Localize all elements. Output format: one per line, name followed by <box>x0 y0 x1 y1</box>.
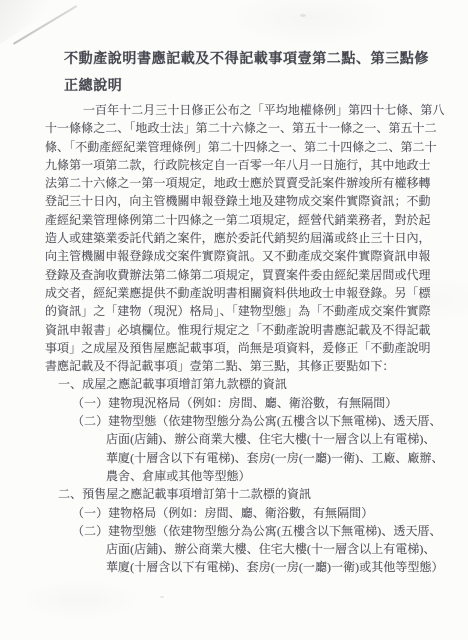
list-subitem-line: （一）建物現況格局（例如：房間、廳、衛浴數，有無隔間） <box>45 394 438 412</box>
paragraph-line: 一百年十二月三十日修正公布之「平均地權條例」第四十七條、第八 <box>45 101 438 119</box>
document-title-line: 不動產說明書應記載及不得記載事項壹第二點、第三點修 <box>64 46 438 73</box>
document-body: 一百年十二月三十日修正公布之「平均地權條例」第四十七條、第八 十一條條之二、「地… <box>45 101 438 577</box>
list-subitem-line: 華廈(十層含以下有電梯)、套房(一房(一廳)一衛)、工廠、廠辦、 <box>45 449 438 467</box>
document-title-line: 正總說明 <box>64 73 438 100</box>
list-subitem-line: （二）建物型態（依建物型態分為公寓(五樓含以下無電梯)、透天厝、 <box>45 412 438 430</box>
paragraph-line: 成交者，經紀業應提供不動產說明書相關資料供地政士申報登錄。另「標 <box>45 284 438 302</box>
paragraph-line: 向主管機關申報登錄成交案件實際資訊。又不動產成交案件實際資訊申報 <box>45 247 438 265</box>
list-subitem-line: （一）建物格局（例如：房間、廳、衛浴數，有無隔間） <box>45 504 438 522</box>
paragraph-line: 的資訊」之「建物（現況）格局」、「建物型態」為「不動產成交案件實際 <box>45 302 438 320</box>
paragraph-line: 書應記載及不得記載事項」壹第二點、第三點，其修正要點如下： <box>45 357 438 375</box>
paragraph-line: 登錄及查詢收費辦法第二條第二項規定，買賣案件委由經紀業居間或代理 <box>45 266 438 284</box>
paragraph-line: 法第二十六條之一第一項規定，地政士應於買賣受託案件辦竣所有權移轉 <box>45 174 438 192</box>
scan-speck <box>420 296 423 299</box>
paragraph-line: 九條第一項第二款，行政院核定自一百零一年八月一日施行，其中地政士 <box>45 156 438 174</box>
paragraph-line: 事項」之成屋及預售屋應記載事項，尚無是項資料，爰修正「不動產說明 <box>45 339 438 357</box>
list-subitem-line: 農舍、倉庫或其他等型態） <box>45 467 438 485</box>
paragraph-line: 條、「不動產經紀業管理條例」第二十四條之一、第二十四條之二、第二十 <box>45 138 438 156</box>
list-item-line: 一、成屋之應記載事項增訂第九款標的資訊 <box>45 375 438 393</box>
list-subitem-line: 店面(店鋪)、辦公商業大樓、住宅大樓(十一層含以上有電梯)、 <box>45 540 438 558</box>
paragraph-line: 十一條條之二、「地政士法」第二十六條之一、第五十一條之一、第五十二 <box>45 119 438 137</box>
scan-speck <box>160 596 164 598</box>
scanned-document-page: 不動產說明書應記載及不得記載事項壹第二點、第三點修 正總說明 一百年十二月三十日… <box>0 0 468 640</box>
scan-speck <box>95 128 98 130</box>
list-subitem-line: 店面(店鋪)、辦公商業大樓、住宅大樓(十一層含以上有電梯)、 <box>45 430 438 448</box>
paragraph-line: 產經紀業管理條例第二十四條之一第二項規定，經營代銷業務者，對於起 <box>45 211 438 229</box>
page-corner-fold-shade <box>0 0 70 44</box>
list-item-line: 二、預售屋之應記載事項增訂第十二款標的資訊 <box>45 485 438 503</box>
paragraph-line: 造人或建築業委託代銷之案件，應於委託代銷契約屆滿或終止三十日內， <box>45 229 438 247</box>
list-subitem-line: （二）建物型態（依建物型態分為公寓(五樓含以下無電梯)、透天厝、 <box>45 522 438 540</box>
paragraph-line: 登記三十日內，向主管機關申報登錄土地及建物成交案件實際資訊；不動 <box>45 192 438 210</box>
document-title: 不動產說明書應記載及不得記載事項壹第二點、第三點修 正總說明 <box>64 46 438 100</box>
scan-speck <box>300 14 306 17</box>
paragraph-line: 資訊申報書」必填欄位。惟現行規定之「不動產說明書應記載及不得記載 <box>45 321 438 339</box>
list-subitem-line: 華廈(十層含以下有電梯)、套房(一房(一廳)一衛)或其他等型態） <box>45 558 438 576</box>
